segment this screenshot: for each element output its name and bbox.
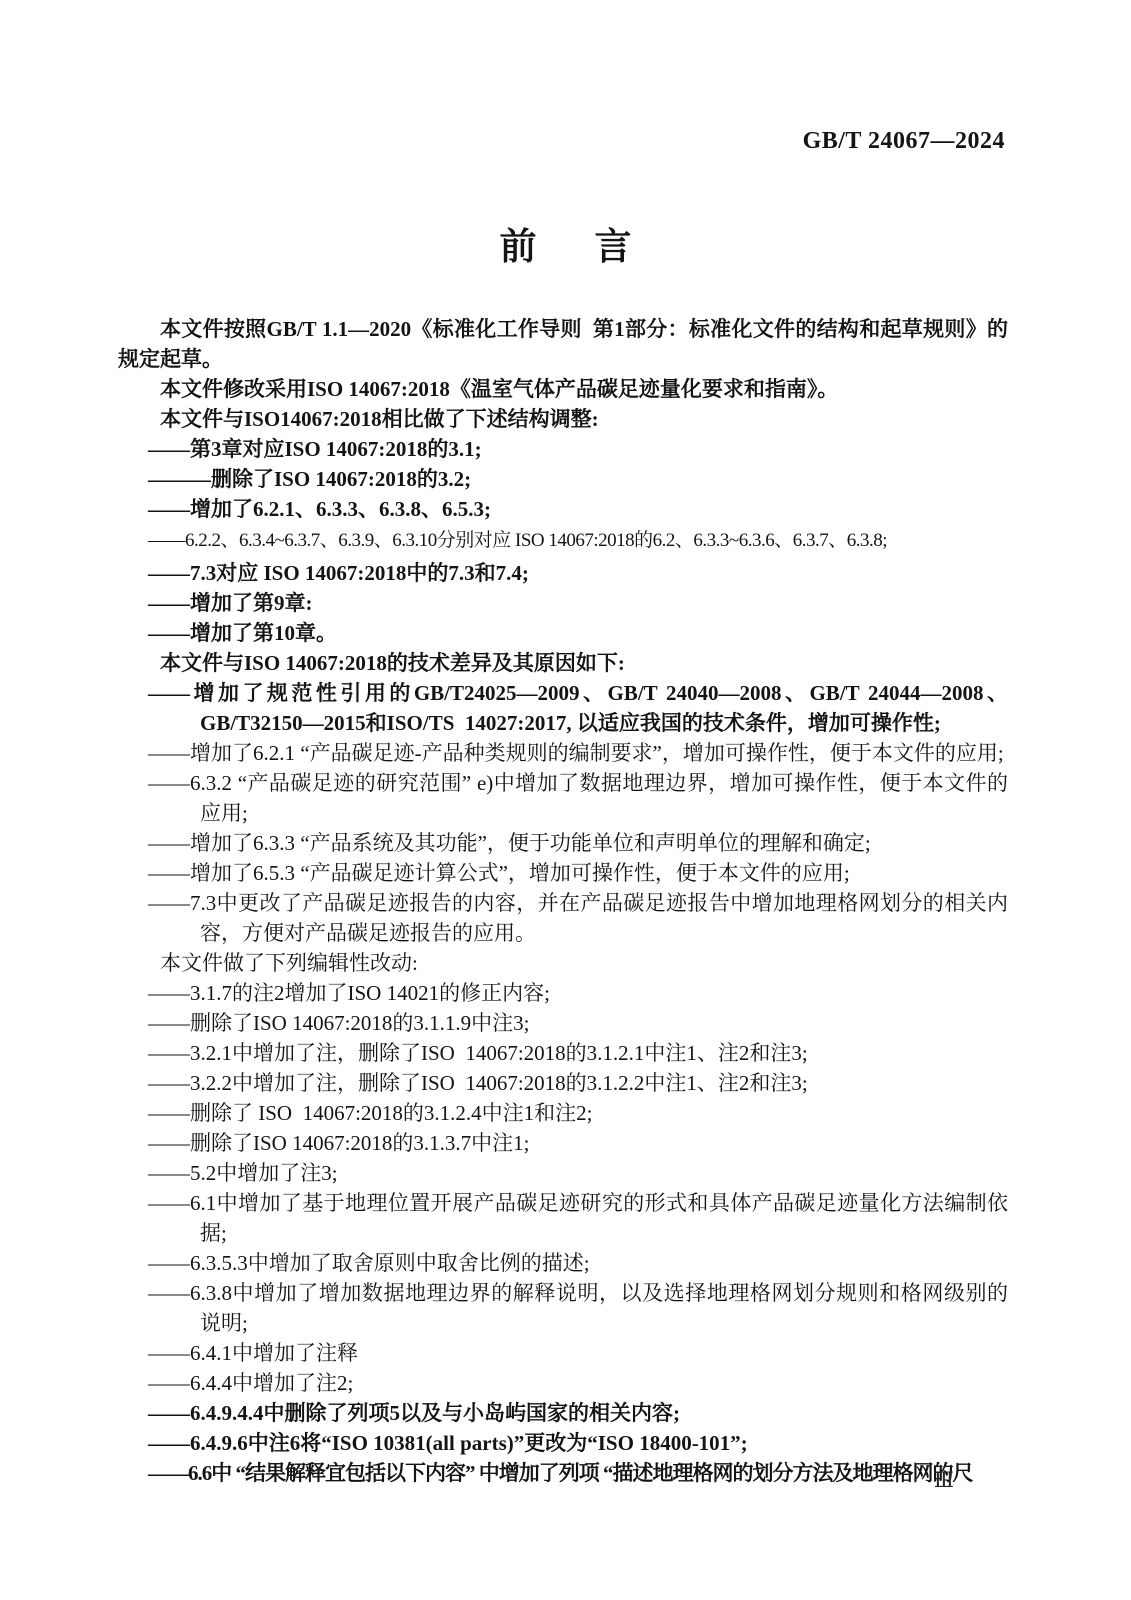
- page-title-char-1: 前: [500, 216, 537, 270]
- foreword-list-item: ——删除了 ISO 14067:2018的3.1.2.4中注1和注2;: [118, 1098, 1008, 1128]
- foreword-list-item: ——6.4.9.6中注6将“ISO 10381(all parts)”更改为“I…: [118, 1428, 1008, 1458]
- foreword-list-item: ——删除了ISO 14067:2018的3.1.3.7中注1;: [118, 1128, 1008, 1158]
- foreword-list-item: ——增加了规范性引用的GB/T24025—2009、GB/T 24040—200…: [118, 678, 1008, 738]
- foreword-list-item: ——3.2.2中增加了注，删除了ISO 14067:2018的3.1.2.2中注…: [118, 1068, 1008, 1098]
- foreword-list-item: ——增加了第9章:: [118, 588, 1008, 618]
- foreword-paragraph: 本文件按照GB/T 1.1—2020《标准化工作导则 第1部分：标准化文件的结构…: [118, 314, 1008, 374]
- foreword-list-item: ——7.3对应 ISO 14067:2018中的7.3和7.4;: [118, 558, 1008, 588]
- foreword-list-item: ——6.2.2、6.3.4~6.3.7、6.3.9、6.3.10分别对应 ISO…: [118, 524, 1008, 558]
- page-title: 前 言: [0, 216, 1131, 270]
- foreword-list-item: ——5.2中增加了注3;: [118, 1158, 1008, 1188]
- foreword-list-item: ——6.4.4中增加了注2;: [118, 1368, 1008, 1398]
- foreword-list-item: ——6.4.1中增加了注释: [118, 1338, 1008, 1368]
- foreword-list-item: ——第3章对应ISO 14067:2018的3.1;: [118, 434, 1008, 464]
- foreword-paragraph: 本文件做了下列编辑性改动:: [118, 948, 1008, 978]
- foreword-list-item: ——6.3.5.3中增加了取舍原则中取舍比例的描述;: [118, 1248, 1008, 1278]
- foreword-list-item: ——6.1中增加了基于地理位置开展产品碳足迹研究的形式和具体产品碳足迹量化方法编…: [118, 1188, 1008, 1248]
- foreword-paragraph: 本文件与ISO 14067:2018的技术差异及其原因如下:: [118, 648, 1008, 678]
- foreword-list-item: ——6.6中 “结果解释宜包括以下内容” 中增加了列项 “描述地理格网的划分方法…: [118, 1458, 1008, 1488]
- foreword-list-item: ——6.3.8中增加了增加数据地理边界的解释说明，以及选择地理格网划分规则和格网…: [118, 1278, 1008, 1338]
- foreword-list-item: ——增加了6.2.1、6.3.3、6.3.8、6.5.3;: [118, 494, 1008, 524]
- foreword-list-item: ——3.1.7的注2增加了ISO 14021的修正内容;: [118, 978, 1008, 1008]
- foreword-paragraph: 本文件修改采用ISO 14067:2018《温室气体产品碳足迹量化要求和指南》。: [118, 374, 1008, 404]
- foreword-list-item: ——增加了6.5.3 “产品碳足迹计算公式”，增加可操作性，便于本文件的应用;: [118, 858, 1008, 888]
- foreword-list-item: ——增加了6.3.3 “产品系统及其功能”，便于功能单位和声明单位的理解和确定;: [118, 828, 1008, 858]
- foreword-list-item: ——6.4.9.4.4中删除了列项5以及与小岛屿国家的相关内容;: [118, 1398, 1008, 1428]
- foreword-paragraph: 本文件与ISO14067:2018相比做了下述结构调整:: [118, 404, 1008, 434]
- foreword-list-item: ——删除了ISO 14067:2018的3.1.1.9中注3;: [118, 1008, 1008, 1038]
- foreword-body: 本文件按照GB/T 1.1—2020《标准化工作导则 第1部分：标准化文件的结构…: [118, 314, 1008, 1488]
- page-title-char-2: 言: [595, 216, 632, 270]
- foreword-list-item: ———删除了ISO 14067:2018的3.2;: [118, 464, 1008, 494]
- foreword-list-item: ——增加了第10章。: [118, 618, 1008, 648]
- foreword-list-item: ——增加了6.2.1 “产品碳足迹-产品种类规则的编制要求”，增加可操作性，便于…: [118, 738, 1008, 768]
- page-number: Ⅲ: [934, 1468, 955, 1493]
- standard-number: GB/T 24067—2024: [803, 128, 1005, 155]
- document-page: GB/T 24067—2024 前 言 本文件按照GB/T 1.1—2020《标…: [0, 0, 1131, 1600]
- foreword-list-item: ——3.2.1中增加了注，删除了ISO 14067:2018的3.1.2.1中注…: [118, 1038, 1008, 1068]
- foreword-list-item: ——6.3.2 “产品碳足迹的研究范围” e)中增加了数据地理边界，增加可操作性…: [118, 768, 1008, 828]
- foreword-list-item: ——7.3中更改了产品碳足迹报告的内容，并在产品碳足迹报告中增加地理格网划分的相…: [118, 888, 1008, 948]
